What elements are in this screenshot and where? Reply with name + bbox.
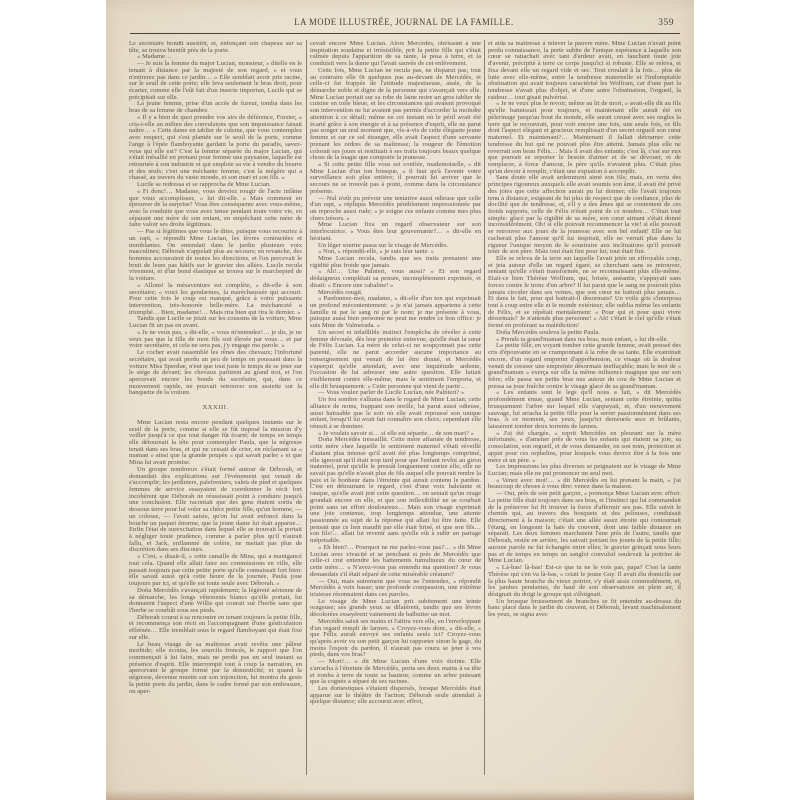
paragraph: — Oui, mais autrement que vous ne l'ente… — [310, 579, 481, 599]
paragraph: Un feu sombre s'alluma dans le regard de… — [310, 397, 481, 431]
text-column-1: Le secrétaire bondit aussitôt, et, enfon… — [129, 41, 302, 773]
paragraph: « Ah!… Une Palnieri, vous aussi? » Et so… — [310, 269, 481, 289]
paragraph: Le visage de Mme Lucian prit subitement … — [310, 599, 481, 619]
header-rule — [130, 33, 680, 34]
paragraph: « Les enfants sont le legs qu'il nous a … — [488, 390, 681, 430]
paragraph: Les impressions les plus diverses se pei… — [488, 464, 681, 477]
paragraph: — Mort!… » dit Mme Lucian d'une voix éte… — [310, 659, 481, 686]
paragraph: — Je suis la femme du major Lucian, mons… — [129, 61, 302, 101]
paragraph: Le beau visage de sa maîtresse avait rev… — [129, 642, 302, 696]
paragraph: « Là-bas! là-bas! Est-ce que tu ne le vo… — [488, 565, 681, 599]
paragraph: Mme Lucian recula, tandis que ses traits… — [310, 256, 481, 269]
paragraph: Déborah courut à sa rencontre en tenant … — [129, 615, 302, 642]
paragraph: — Oui, près de son petit garçon, » prono… — [488, 491, 681, 565]
paragraph: Doña Mercédès s'avançait rapidement; la … — [129, 588, 302, 615]
column-divider — [306, 40, 307, 775]
paragraph: « J'ai été chargée, » reprit Mercédès en… — [488, 431, 681, 465]
paragraph: Doña Mercédès tressaillit. Cette mère af… — [310, 437, 481, 545]
text-column-3: et aida sa maîtresse à relever la pauvre… — [488, 41, 681, 773]
newspaper-page: LA MODE ILLUSTRÉE, JOURNAL DE LA FAMILLE… — [106, 0, 694, 800]
paragraph: et aida sa maîtresse à relever la pauvre… — [488, 41, 681, 101]
paragraph: « Si cette petite fille vous est confiée… — [310, 162, 481, 196]
paragraph: Un groupe nombreux s'était formé autour … — [129, 467, 302, 554]
column-divider — [484, 40, 485, 775]
paragraph: Un brusque bruissement de branches se fi… — [488, 599, 681, 619]
paragraph: Les domestiques s'étaient dispersés, lor… — [310, 686, 481, 706]
paragraph: « Je ne veux plus le revoir, même au lit… — [488, 101, 681, 175]
page-number: 359 — [658, 18, 674, 28]
paragraph: « Allons! la mésaventure est complète, »… — [129, 283, 302, 317]
paragraph: « Je ne veux pas, » dit-elle, « vous m'e… — [129, 330, 302, 350]
paragraph: Mme Lucian resta encore pendant quelques… — [129, 420, 302, 467]
paragraph: Le cocher avait rassemblé les rênes des … — [129, 350, 302, 397]
running-header: LA MODE ILLUSTRÉE, JOURNAL DE LA FAMILLE… — [128, 16, 680, 30]
paragraph: — Pas si légitimes que vous le dites, pu… — [129, 229, 302, 283]
paragraph: Le secrétaire bondit aussitôt, et, enfon… — [129, 41, 302, 54]
paragraph: « Il y a bien de quoi prendre vos airs d… — [129, 115, 302, 182]
chapter-heading: XXXIII. — [129, 405, 302, 412]
paragraph: « C'est, » disait-il, « cette canaille d… — [129, 554, 302, 588]
paragraph: « Fi donc!… Madame, vous devriez rougir … — [129, 189, 302, 229]
text-column-2: cevait encore Mme Lucian. Alors Mercédès… — [310, 41, 481, 773]
paragraph: — Nul n'eût pu prévoir une tentative aus… — [310, 196, 481, 223]
paragraph: Un secret et infaillible instinct l'empê… — [310, 330, 481, 390]
paragraph: « Venez avec moi!… » dit Mercédès en lui… — [488, 478, 681, 491]
paragraph: Sans doute elle avait ardemment aimé son… — [488, 175, 681, 256]
paragraph: Cette fois, Mme Lucian ne recula pas, ne… — [310, 68, 481, 162]
journal-title: LA MODE ILLUSTRÉE, JOURNAL DE LA FAMILLE… — [150, 18, 658, 28]
paragraph: « Pardonnez-moi, madame, » dit-elle d'un… — [310, 296, 481, 330]
paragraph: « Eh bien?… Pourquoi ne me parlez-vous p… — [310, 545, 481, 579]
paragraph: La jeune femme, prise d'un accès de fure… — [129, 101, 302, 114]
paragraph: Tandis que Lucile se jetait sur les cous… — [129, 316, 302, 329]
paragraph: La petite fille, en voyant tomber cette … — [488, 343, 681, 390]
paragraph: cevait encore Mme Lucian. Alors Mercédès… — [310, 41, 481, 68]
paragraph: Mme Lucian fixa un regard observateur su… — [310, 222, 481, 242]
paragraph: Mercédès saisit ses mains et l'attira ve… — [310, 619, 481, 659]
paragraph: Elle se releva de la terre sur laquelle … — [488, 256, 681, 330]
